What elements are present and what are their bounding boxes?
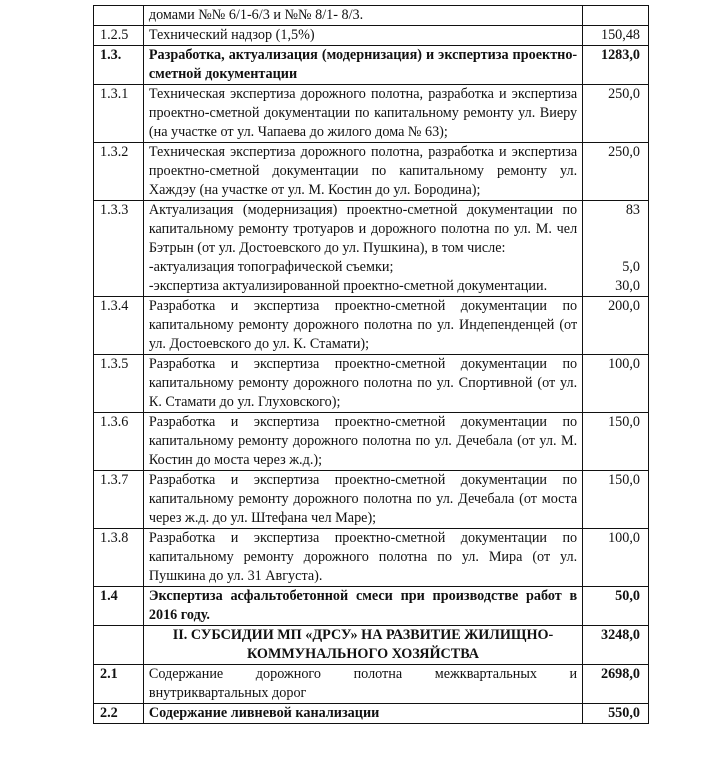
item-description: Актуализация (модернизация) проектно-сме…	[143, 201, 582, 297]
item-number: 2.1	[94, 665, 144, 704]
description-text: Разработка и экспертиза проектно-сметной…	[149, 413, 577, 470]
amount-text: 150,0	[588, 413, 640, 432]
item-description: Техническая экспертиза дорожного полотна…	[143, 85, 582, 143]
item-description: Содержание ливневой канализации	[143, 704, 582, 724]
description-text: Разработка и экспертиза проектно-сметной…	[149, 529, 577, 586]
sub-item-description: -актуализация топографической съемки;	[149, 258, 577, 277]
description-text: Содержание ливневой канализации	[149, 704, 577, 723]
description-text: Актуализация (модернизация) проектно-сме…	[149, 201, 577, 258]
item-amount: 100,0	[583, 355, 649, 413]
item-amount: 83 5,030,0	[583, 201, 649, 297]
amount-text: 2698,0	[588, 665, 640, 684]
item-amount	[583, 6, 649, 26]
item-number: 2.2	[94, 704, 144, 724]
item-description: Технический надзор (1,5%)	[143, 26, 582, 46]
table-row: 2.1Содержание дорожного полотна межкварт…	[94, 665, 649, 704]
amount-text: 100,0	[588, 355, 640, 374]
item-number: 1.3.1	[94, 85, 144, 143]
table-row: 1.4Экспертиза асфальтобетонной смеси при…	[94, 587, 649, 626]
description-text: Экспертиза асфальтобетонной смеси при пр…	[149, 587, 577, 625]
item-number: 1.3.	[94, 46, 144, 85]
description-text: Технический надзор (1,5%)	[149, 26, 577, 45]
item-amount: 1283,0	[583, 46, 649, 85]
item-description: Экспертиза асфальтобетонной смеси при пр…	[143, 587, 582, 626]
table-row: 1.3.3Актуализация (модернизация) проектн…	[94, 201, 649, 297]
description-text: Техническая экспертиза дорожного полотна…	[149, 85, 577, 142]
amount-text: 50,0	[588, 587, 640, 606]
sub-item-amount: 5,0	[588, 258, 640, 277]
amount-text: 100,0	[588, 529, 640, 548]
item-number: 1.3.3	[94, 201, 144, 297]
item-amount: 550,0	[583, 704, 649, 724]
amount-text: 3248,0	[588, 626, 640, 645]
table-row: 2.2Содержание ливневой канализации550,0	[94, 704, 649, 724]
item-amount: 100,0	[583, 529, 649, 587]
description-text: Содержание дорожного полотна межкварталь…	[149, 665, 577, 703]
table-row: 1.3.7Разработка и экспертиза проектно-см…	[94, 471, 649, 529]
amount-text: 250,0	[588, 85, 640, 104]
amount-text: 150,48	[588, 26, 640, 45]
item-number: 1.3.6	[94, 413, 144, 471]
item-number: 1.4	[94, 587, 144, 626]
amount-text: 1283,0	[588, 46, 640, 65]
item-description: Разработка, актуализация (модернизация) …	[143, 46, 582, 85]
item-number: 1.3.5	[94, 355, 144, 413]
amount-text: 83	[588, 201, 640, 220]
description-text: домами №№ 6/1-6/3 и №№ 8/1- 8/3.	[149, 6, 577, 25]
sub-item-description: -экспертиза актуализированной проектно-с…	[149, 277, 577, 296]
table-row: 1.2.5Технический надзор (1,5%)150,48	[94, 26, 649, 46]
item-description: Содержание дорожного полотна межкварталь…	[143, 665, 582, 704]
item-number	[94, 6, 144, 26]
sub-item-amount: 30,0	[588, 277, 640, 296]
item-description: Разработка и экспертиза проектно-сметной…	[143, 529, 582, 587]
item-number	[94, 626, 144, 665]
description-text: Разработка и экспертиза проектно-сметной…	[149, 471, 577, 528]
item-number: 1.3.7	[94, 471, 144, 529]
table-row: 1.3.1Техническая экспертиза дорожного по…	[94, 85, 649, 143]
table-row: 1.3.Разработка, актуализация (модернизац…	[94, 46, 649, 85]
item-amount: 200,0	[583, 297, 649, 355]
amount-text: 150,0	[588, 471, 640, 490]
item-description: II. СУБСИДИИ МП «ДРСУ» НА РАЗВИТИЕ ЖИЛИЩ…	[143, 626, 582, 665]
item-description: Техническая экспертиза дорожного полотна…	[143, 143, 582, 201]
table-row: 1.3.2Техническая экспертиза дорожного по…	[94, 143, 649, 201]
table-row: 1.3.5Разработка и экспертиза проектно-см…	[94, 355, 649, 413]
item-number: 1.3.8	[94, 529, 144, 587]
item-description: Разработка и экспертиза проектно-сметной…	[143, 413, 582, 471]
item-description: домами №№ 6/1-6/3 и №№ 8/1- 8/3.	[143, 6, 582, 26]
description-text: Разработка и экспертиза проектно-сметной…	[149, 355, 577, 412]
description-text: Разработка и экспертиза проектно-сметной…	[149, 297, 577, 354]
amount-text: 200,0	[588, 297, 640, 316]
item-number: 1.3.4	[94, 297, 144, 355]
item-amount: 150,0	[583, 413, 649, 471]
table-row: II. СУБСИДИИ МП «ДРСУ» НА РАЗВИТИЕ ЖИЛИЩ…	[94, 626, 649, 665]
item-description: Разработка и экспертиза проектно-сметной…	[143, 471, 582, 529]
table-row: 1.3.4Разработка и экспертиза проектно-см…	[94, 297, 649, 355]
table-row: 1.3.8Разработка и экспертиза проектно-см…	[94, 529, 649, 587]
table-row: 1.3.6Разработка и экспертиза проектно-см…	[94, 413, 649, 471]
amount-text: 550,0	[588, 704, 640, 723]
description-text: Техническая экспертиза дорожного полотна…	[149, 143, 577, 200]
item-number: 1.3.2	[94, 143, 144, 201]
item-number: 1.2.5	[94, 26, 144, 46]
description-text: II. СУБСИДИИ МП «ДРСУ» НА РАЗВИТИЕ ЖИЛИЩ…	[149, 626, 577, 664]
item-description: Разработка и экспертиза проектно-сметной…	[143, 355, 582, 413]
item-amount: 2698,0	[583, 665, 649, 704]
description-text: Разработка, актуализация (модернизация) …	[149, 46, 577, 84]
amount-text: 250,0	[588, 143, 640, 162]
item-amount: 150,0	[583, 471, 649, 529]
item-amount: 50,0	[583, 587, 649, 626]
item-amount: 150,48	[583, 26, 649, 46]
item-description: Разработка и экспертиза проектно-сметной…	[143, 297, 582, 355]
item-amount: 3248,0	[583, 626, 649, 665]
budget-table: домами №№ 6/1-6/3 и №№ 8/1- 8/3.1.2.5Тех…	[93, 5, 649, 724]
table-row: домами №№ 6/1-6/3 и №№ 8/1- 8/3.	[94, 6, 649, 26]
item-amount: 250,0	[583, 143, 649, 201]
item-amount: 250,0	[583, 85, 649, 143]
